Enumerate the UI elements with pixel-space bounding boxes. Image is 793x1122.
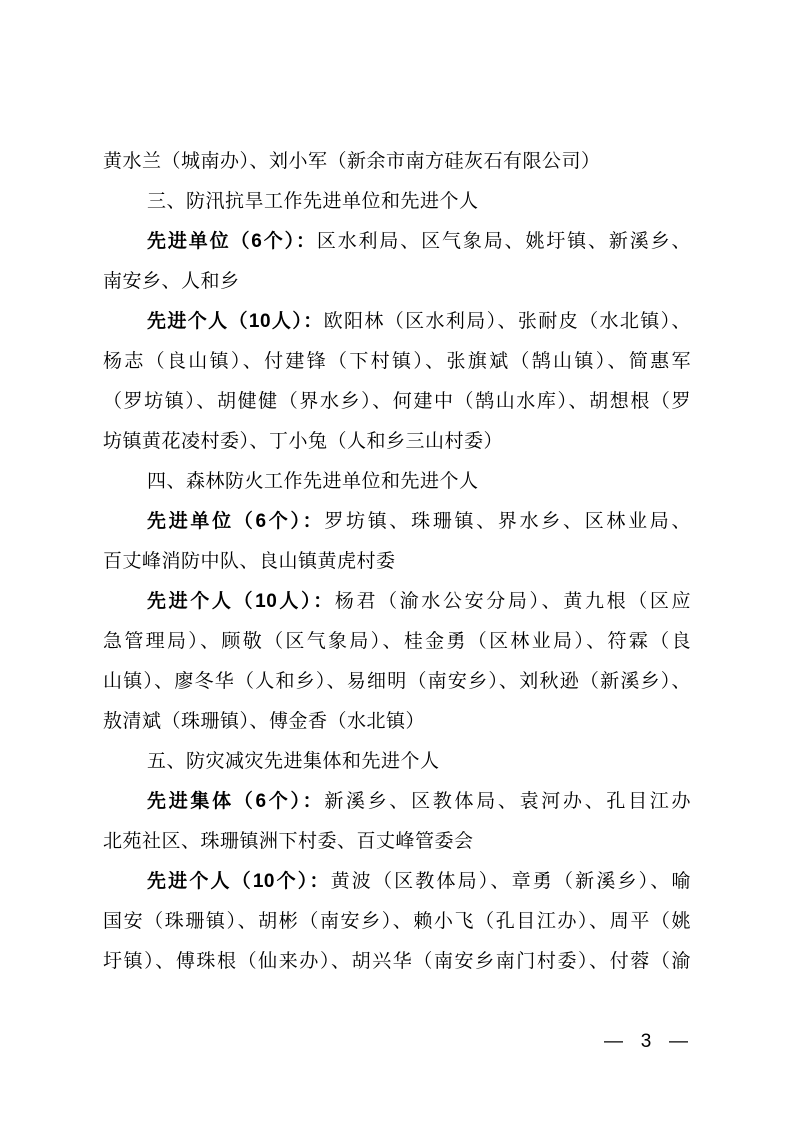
text-line: 先进单位（6个）：罗坊镇、珠珊镇、界水乡、区林业局、 — [103, 502, 691, 542]
bold-label: 先进集体（6个）： — [147, 791, 324, 812]
page-number: — 3 — — [604, 1029, 688, 1055]
bold-label: 先进单位（6个）： — [147, 511, 324, 532]
text-line: 先进个人（10个）：黄波（区教体局）、章勇（新溪乡）、喻 — [103, 862, 691, 902]
bold-label: 先进个人（10人）： — [147, 591, 335, 612]
document-body: 黄水兰（城南办）、刘小军（新余市南方硅灰石有限公司）三、防汛抗旱工作先进单位和先… — [103, 142, 691, 982]
text-line: 先进集体（6个）：新溪乡、区教体局、袁河办、孔目江办 — [103, 782, 691, 822]
text-line: 黄水兰（城南办）、刘小军（新余市南方硅灰石有限公司） — [103, 142, 691, 182]
text-line: 北苑社区、珠珊镇洲下村委、百丈峰管委会 — [103, 822, 691, 862]
text-line: 四、森林防火工作先进单位和先进个人 — [103, 462, 691, 502]
text-line: 先进单位（6个）：区水利局、区气象局、姚圩镇、新溪乡、 — [103, 222, 691, 262]
text-line: 三、防汛抗旱工作先进单位和先进个人 — [103, 182, 691, 222]
text-line: 先进个人（10人）：欧阳林（区水利局）、张耐皮（水北镇）、 — [103, 302, 691, 342]
document-page: 黄水兰（城南办）、刘小军（新余市南方硅灰石有限公司）三、防汛抗旱工作先进单位和先… — [0, 0, 793, 1122]
text-line: 南安乡、人和乡 — [103, 262, 691, 302]
text-line: 急管理局）、顾敬（区气象局）、桂金勇（区林业局）、符霖（良 — [103, 622, 691, 662]
text-line: （罗坊镇）、胡健健（界水乡）、何建中（鹄山水库）、胡想根（罗 — [103, 382, 691, 422]
text-line: 杨志（良山镇）、付建锋（下村镇）、张旗斌（鹄山镇）、简惠军 — [103, 342, 691, 382]
page-number-dash-right: — — [669, 1031, 688, 1053]
page-number-value: 3 — [641, 1031, 652, 1053]
text-line: 敖清斌（珠珊镇）、傅金香（水北镇） — [103, 702, 691, 742]
text-line: 坊镇黄花凌村委）、丁小兔（人和乡三山村委） — [103, 422, 691, 462]
page-number-dash-left: — — [604, 1031, 623, 1053]
text-line: 百丈峰消防中队、良山镇黄虎村委 — [103, 542, 691, 582]
bold-label: 先进个人（10个）： — [147, 871, 331, 892]
bold-label: 先进单位（6个）： — [147, 231, 317, 252]
text-line: 五、防灾减灾先进集体和先进个人 — [103, 742, 691, 782]
text-line: 山镇）、廖冬华（人和乡）、易细明（南安乡）、刘秋逊（新溪乡）、 — [103, 662, 691, 702]
text-line: 国安（珠珊镇）、胡彬（南安乡）、赖小飞（孔目江办）、周平（姚 — [103, 902, 691, 942]
bold-label: 先进个人（10人）： — [147, 311, 324, 332]
text-line: 圩镇）、傅珠根（仙来办）、胡兴华（南安乡南门村委）、付蓉（渝 — [103, 942, 691, 982]
text-line: 先进个人（10人）：杨君（渝水公安分局）、黄九根（区应 — [103, 582, 691, 622]
